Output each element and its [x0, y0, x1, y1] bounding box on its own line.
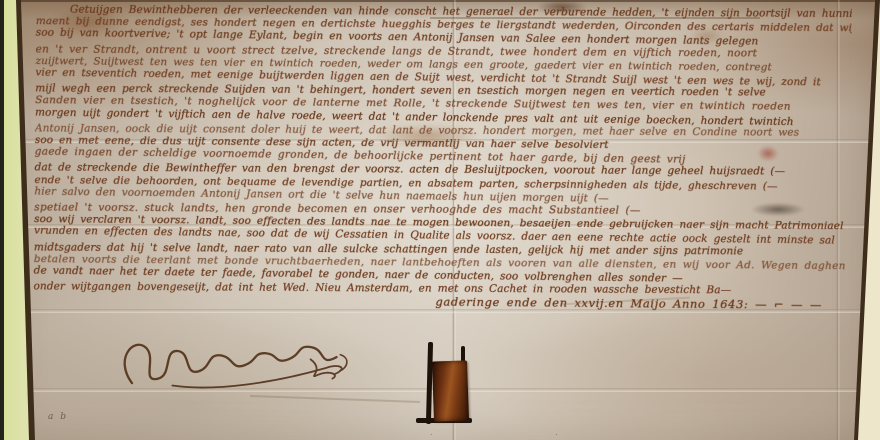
manuscript-text-block: Getuijgen Bewinthebberen der verleeckend… — [33, 2, 852, 313]
corner-mark: a b — [48, 412, 68, 422]
parchment-sheet: Getuijgen Bewinthebberen der verleeckend… — [0, 0, 880, 440]
diagonal-crease — [250, 395, 420, 403]
wax-seal — [432, 360, 469, 421]
ink-specks: . . — [430, 428, 618, 437]
parchment-top-fold — [0, 0, 880, 2]
signature: Willem Kieft — [110, 313, 360, 398]
manuscript-photo: Getuijgen Bewinthebberen der verleeckend… — [0, 0, 880, 440]
